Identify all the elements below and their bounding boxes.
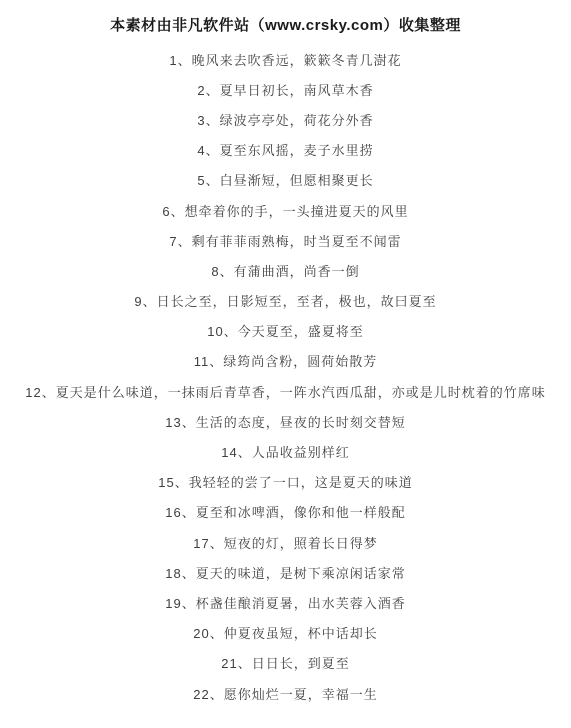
list-item: 5、白昼渐短，但愿相聚更长 — [0, 166, 571, 196]
page-title: 本素材由非凡软件站（www.crsky.com）收集整理 — [0, 15, 571, 36]
list-item: 3、绿波亭亭处，荷花分外香 — [0, 105, 571, 135]
list-item: 9、日长之至，日影短至，至者，极也，故曰夏至 — [0, 287, 571, 317]
list-item: 6、想牵着你的手，一头撞进夏天的风里 — [0, 196, 571, 226]
line-list: 1、晚风来去吹香远，簌簌冬青几澍花2、夏早日初长，南风草木香3、绿波亭亭处，荷花… — [0, 45, 571, 709]
list-item: 2、夏早日初长，南风草木香 — [0, 75, 571, 105]
list-item: 10、今天夏至，盛夏将至 — [0, 317, 571, 347]
list-item: 12、夏天是什么味道，一抹雨后青草香，一阵水汽西瓜甜，亦或是儿时枕着的竹席味 — [0, 377, 571, 407]
list-item: 11、绿筠尚含粉，圆荷始散芳 — [0, 347, 571, 377]
list-item: 15、我轻轻的尝了一口，这是夏天的味道 — [0, 468, 571, 498]
document-page: 本素材由非凡软件站（www.crsky.com）收集整理 1、晚风来去吹香远，簌… — [0, 0, 571, 728]
list-item: 22、愿你灿烂一夏，幸福一生 — [0, 679, 571, 709]
list-item: 13、生活的态度，昼夜的长时刻交替短 — [0, 407, 571, 437]
list-item: 20、仲夏夜虽短，杯中话却长 — [0, 619, 571, 649]
list-item: 4、夏至东风摇，麦子水里捞 — [0, 136, 571, 166]
list-item: 16、夏至和冰啤酒，像你和他一样般配 — [0, 498, 571, 528]
list-item: 18、夏天的味道，是树下乘凉闲话家常 — [0, 558, 571, 588]
list-item: 21、日日长，到夏至 — [0, 649, 571, 679]
list-item: 19、杯盏佳酿消夏暑，出水芙蓉入酒香 — [0, 588, 571, 618]
list-item: 1、晚风来去吹香远，簌簌冬青几澍花 — [0, 45, 571, 75]
list-item: 17、短夜的灯，照着长日得梦 — [0, 528, 571, 558]
list-item: 7、剩有菲菲雨熟梅，时当夏至不闻雷 — [0, 226, 571, 256]
list-item: 8、有蒲曲酒，尚香一倒 — [0, 256, 571, 286]
list-item: 14、人品收益别样红 — [0, 437, 571, 467]
